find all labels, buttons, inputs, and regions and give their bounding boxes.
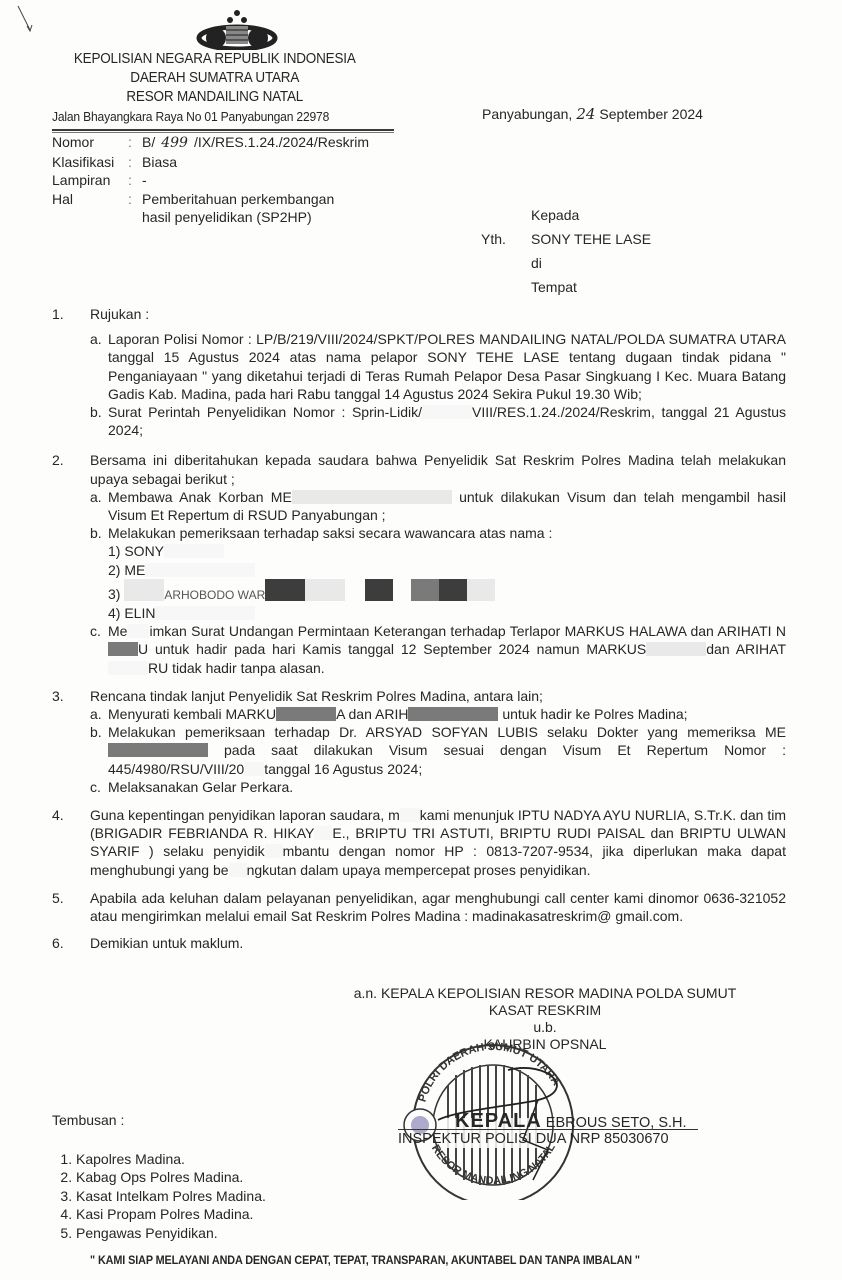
recipient-block: Yth. Kepada SONY TEHE LASE di Tempat (481, 203, 651, 299)
paragraph-3c: c. Melaksanakan Gelar Perkara. (90, 778, 786, 796)
witness-1: 1) SONY (108, 542, 786, 560)
paragraph-3: 3. Rencana tindak lanjut Penyelidik Sat … (52, 687, 786, 796)
paragraph-3a: a. Menyurati kembali MARKUA dan ARIH unt… (90, 705, 786, 723)
footer-motto: " KAMI SIAP MELAYANI ANDA DENGAN CEPAT, … (90, 1253, 640, 1267)
letterhead-address: Jalan Bhayangkara Raya No 01 Panyabungan… (52, 107, 378, 126)
letter-body: 1. Rujukan : a. Laporan Polisi Nomor : L… (52, 305, 786, 962)
tembusan-item: Pengawas Penyidikan. (76, 1224, 266, 1243)
svg-text:POLRI DAERAH SUMUT UTARA: POLRI DAERAH SUMUT UTARA (416, 1041, 562, 1104)
letter-meta: Nomor : B/499/IX/RES.1.24./2024/Reskrim … (52, 133, 369, 227)
month-year: September 2024 (599, 106, 703, 122)
paragraph-1: 1. Rujukan : a. Laporan Polisi Nomor : L… (52, 305, 786, 439)
letterhead: KEPOLISIAN NEGARA REPUBLIK INDONESIA DAE… (52, 50, 378, 126)
tembusan-item: Kabag Ops Polres Madina. (76, 1168, 266, 1187)
paragraph-2b: b. Melakukan pemeriksaan terhadap saksi … (90, 524, 786, 622)
tembusan-list: Kapolres Madina. Kabag Ops Polres Madina… (52, 1150, 266, 1243)
meta-lampiran: Lampiran : - (52, 171, 369, 190)
recipient-name: SONY TEHE LASE (531, 227, 651, 251)
redaction (422, 405, 472, 419)
di-label: di (531, 251, 651, 275)
tembusan-item: Kapolres Madina. (76, 1150, 266, 1169)
pen-stroke-mark (14, 2, 44, 42)
tembusan-block: Tembusan : Kapolres Madina. Kabag Ops Po… (52, 1111, 266, 1242)
handwritten-number: 499 (161, 135, 188, 151)
letterhead-line1: KEPOLISIAN NEGARA REPUBLIK INDONESIA (52, 50, 378, 69)
letterhead-line3: RESOR MANDAILING NATAL (52, 88, 378, 107)
signature-line2: KASAT RESKRIM (320, 1002, 770, 1019)
tempat-label: Tempat (531, 275, 651, 299)
letterhead-line2: DAERAH SUMATRA UTARA (52, 69, 378, 88)
witness-2: 2) ME (108, 561, 786, 579)
paragraph-2c: c. Meimkan Surat Undangan Permintaan Ket… (90, 622, 786, 677)
place: Panyabungan, (482, 106, 572, 122)
kepada-label: Kepada (531, 203, 651, 227)
paragraph-2a: a. Membawa Anak Korban ME untuk dilakuka… (90, 488, 786, 524)
paragraph-1a: a. Laporan Polisi Nomor : LP/B/219/VIII/… (90, 330, 786, 403)
paragraph-3b: b. Melakukan pemeriksaan terhadap Dr. AR… (90, 723, 786, 778)
witness-3: 3) ARHOBODO WAR (108, 579, 786, 604)
paragraph-1b: b. Surat Perintah Penyelidikan Nomor : S… (90, 403, 786, 439)
meta-klasifikasi: Klasifikasi : Biasa (52, 153, 369, 172)
police-crest-icon (196, 8, 278, 50)
tembusan-item: Kasat Intelkam Polres Madina. (76, 1187, 266, 1206)
handwritten-day: 24 (576, 105, 595, 123)
signatory-rank: INSPEKTUR POLISI DUA NRP 85030670 (398, 1129, 698, 1147)
signature-line1: a.n. KEPALA KEPOLISIAN RESOR MADINA POLD… (320, 985, 770, 1002)
meta-hal: Hal : Pemberitahuan perkembanganhasil pe… (52, 190, 369, 227)
paragraph-6: 6. Demikian untuk maklum. (52, 934, 786, 952)
paragraph-4: 4. Guna kepentingan penyidikan laporan s… (52, 806, 786, 879)
witness-4: 4) ELIN (108, 604, 786, 622)
tembusan-title: Tembusan : (52, 1111, 266, 1130)
paragraph-5: 5. Apabila ada keluhan dalam pelayanan p… (52, 889, 786, 925)
place-date: Panyabungan,24September 2024 (482, 105, 703, 123)
meta-nomor: Nomor : B/499/IX/RES.1.24./2024/Reskrim (52, 133, 369, 153)
stamp-top-text: POLRI DAERAH SUMUT UTARA (416, 1041, 562, 1104)
paragraph-2: 2. Bersama ini diberitahukan kepada saud… (52, 451, 786, 676)
tembusan-item: Kasi Propam Polres Madina. (76, 1205, 266, 1224)
redaction (292, 490, 452, 504)
yth-label: Yth. (481, 227, 506, 251)
witness-list: 1) SONY 2) ME 3) ARHOBODO WAR 4) ELIN (108, 542, 786, 622)
